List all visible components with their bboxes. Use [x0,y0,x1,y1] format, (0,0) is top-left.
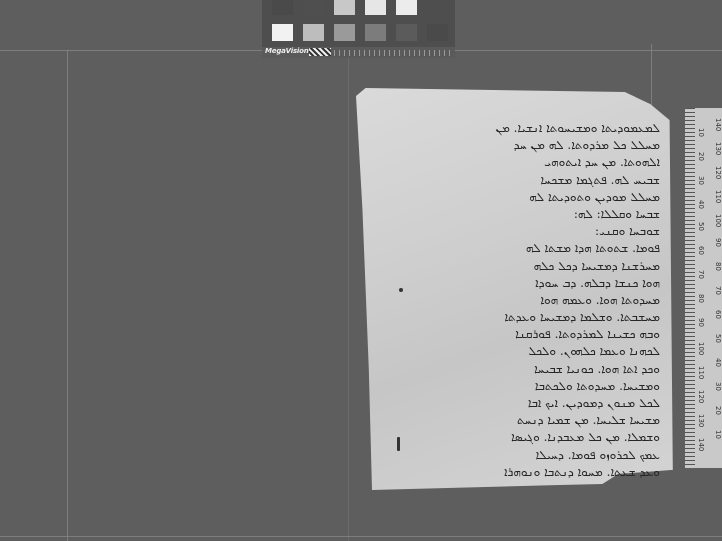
ruler-ticks [685,108,695,468]
text-line: ܠܟܠ ܡܢܘܢ ܕܡܘܕܝܢ. ܐܝܟ ܐܒܐ [398,395,660,412]
ruler-mm-label: 60 [714,310,722,319]
calibration-patch [396,24,417,41]
text-line: ܫܘܒܚܐ ܘܩܢܝ: [398,223,660,240]
ruler-mm-label: 70 [714,286,722,295]
calibration-patch [303,0,324,15]
calibration-patch [272,0,293,15]
text-line: ܥܡܟ ܠܟܪܘܙܘ ܦܘܡܐ. ܕܚܝܠܐ [398,447,660,464]
ruler-cm-label: 120 [697,390,705,403]
ruler-cm-label: 80 [697,294,705,303]
ruler-mm-label: 140 [714,118,722,131]
ruler-mm-label: 130 [714,142,722,155]
ruler-cm-label: 140 [697,438,705,451]
ruler-cm-label: 10 [697,128,705,137]
ruler-cm-label: 70 [697,270,705,279]
ruler-cm-label: 100 [697,342,705,355]
target-scale-ticks [334,50,454,56]
ruler-mm-label: 90 [714,238,722,247]
ruler-mm-label: 80 [714,262,722,271]
ruler-mm-label: 30 [714,382,722,391]
text-line: ܡܚܠܠ ܟܠ ܡܪܕܘܬܐ. ܠܗ ܡܢ ܚܕ [398,137,660,154]
guide-line-mid-vertical [348,52,349,541]
text-line: ܫܒܚܐ ܘܩܠܠܐ: ܠܗ: [398,206,660,223]
text-line: ܘܒܗ ܟܫܝܢܐ ܠܡܪܕܘܬܐ. ܦܘܪܩܢܐ [398,326,660,343]
ruler-cm-label: 130 [697,414,705,427]
text-line: ܠܟܗܢܐ ܘܥܡܐ ܟܠܗܘܢ. ܘܠܟܠ [398,343,660,360]
text-line: ܫܒܝܚ ܠܗ. ܦܬܓܡܐ ܡܫܟܚܐ [398,172,660,189]
ruler-mm-label: 50 [714,334,722,343]
calibration-patch [303,24,324,41]
ruler-cm-label: 110 [697,366,705,379]
ruler-mm-label: 40 [714,358,722,367]
text-line: ܡܚܕܘܬܐ ܗܘܐ. ܘܥܡܗ ܗܘܐ [398,292,660,309]
calibration-patch [427,24,448,41]
text-line: ܦܘܡܐ. ܫܬܘܬܐ ܗܕܐ ܡܫܬܐ ܠܗ [398,240,660,257]
calibration-patch [334,0,355,15]
syriac-text-block: ܠܡܥܡܘܕܝܬܐ ܘܡܫܝܚܘܬܐ ܐܢܫܝܐ. ܡܢ ܡܚܠܠ ܟܠ ܡܪܕ… [398,120,660,481]
text-line: ܘܥܕ ܫܥܬܐ. ܡܚܘܐ ܕܢܬܒܐ ܘܢܘܗܪܐ [398,464,660,481]
calibration-patch [334,24,355,41]
ruler-cm-label: 60 [697,246,705,255]
guide-line-bottom [0,536,722,537]
ruler-mm-label: 10 [714,430,722,439]
ruler-mm-label: 120 [714,166,722,179]
ruler-cm-label: 90 [697,318,705,327]
ruler-cm-label: 20 [697,152,705,161]
text-line: ܘܫܡܠܐ. ܡܢ ܟܠ ܡܥܒܕܢܐ. ܘܓܝܣܐ [398,429,660,446]
ruler-cm-label: 40 [697,200,705,209]
text-line: ܡܚܫܒܬܐ. ܘܫܠܡܐ ܕܡܫܝܚܐ ܘܥܕܬܐ [398,309,660,326]
ruler-mm-label: 20 [714,406,722,415]
ruler-mm-label: 110 [714,190,722,203]
text-line: ܘܡܫܝܚܐ. ܡܚܕܘܬܐ ܘܠܟܬܒܐ [398,378,660,395]
text-line: ܡܫܝܚܐ ܫܠܝܚܐ. ܡܢ ܫܡܝܐ ܕܢܚܬ [398,412,660,429]
text-line: ܡܚܪܫܢܐ ܕܡܫܝܚܐ ܕܟܠ ܟܠܗ [398,258,660,275]
ruler-cm-label: 30 [697,176,705,185]
calibration-patch [365,24,386,41]
text-line: ܐܠܗܘܬܐ. ܡܢ ܚܕ ܐܝܬܘܗܝ [398,154,660,171]
megavision-logo: MegaVision [265,47,309,55]
text-line: ܗܘܐ ܟܢܫܐ ܕܒܠܗ. ܕܒ ܚܘܕܐ [398,275,660,292]
text-line: ܡܚܠܠ ܡܘܕܝܢ ܘܬܘܕܝܬܐ ܠܗ [398,189,660,206]
text-line: ܠܡܥܡܘܕܝܬܐ ܘܡܫܝܚܘܬܐ ܐܢܫܝܐ. ܡܢ [398,120,660,137]
text-line: ܘܟܕ ܐܬܐ ܗܘܐ. ܟܘܢܝܐ ܫܒܝܚܐ [398,361,660,378]
calibration-patch [272,24,293,41]
calibration-patch [396,0,417,15]
ruler-mm-label: 100 [714,214,722,227]
ruler-cm-label: 50 [697,222,705,231]
checker-pattern-icon [309,48,331,56]
guide-line-left [67,50,68,541]
calibration-patch [365,0,386,15]
